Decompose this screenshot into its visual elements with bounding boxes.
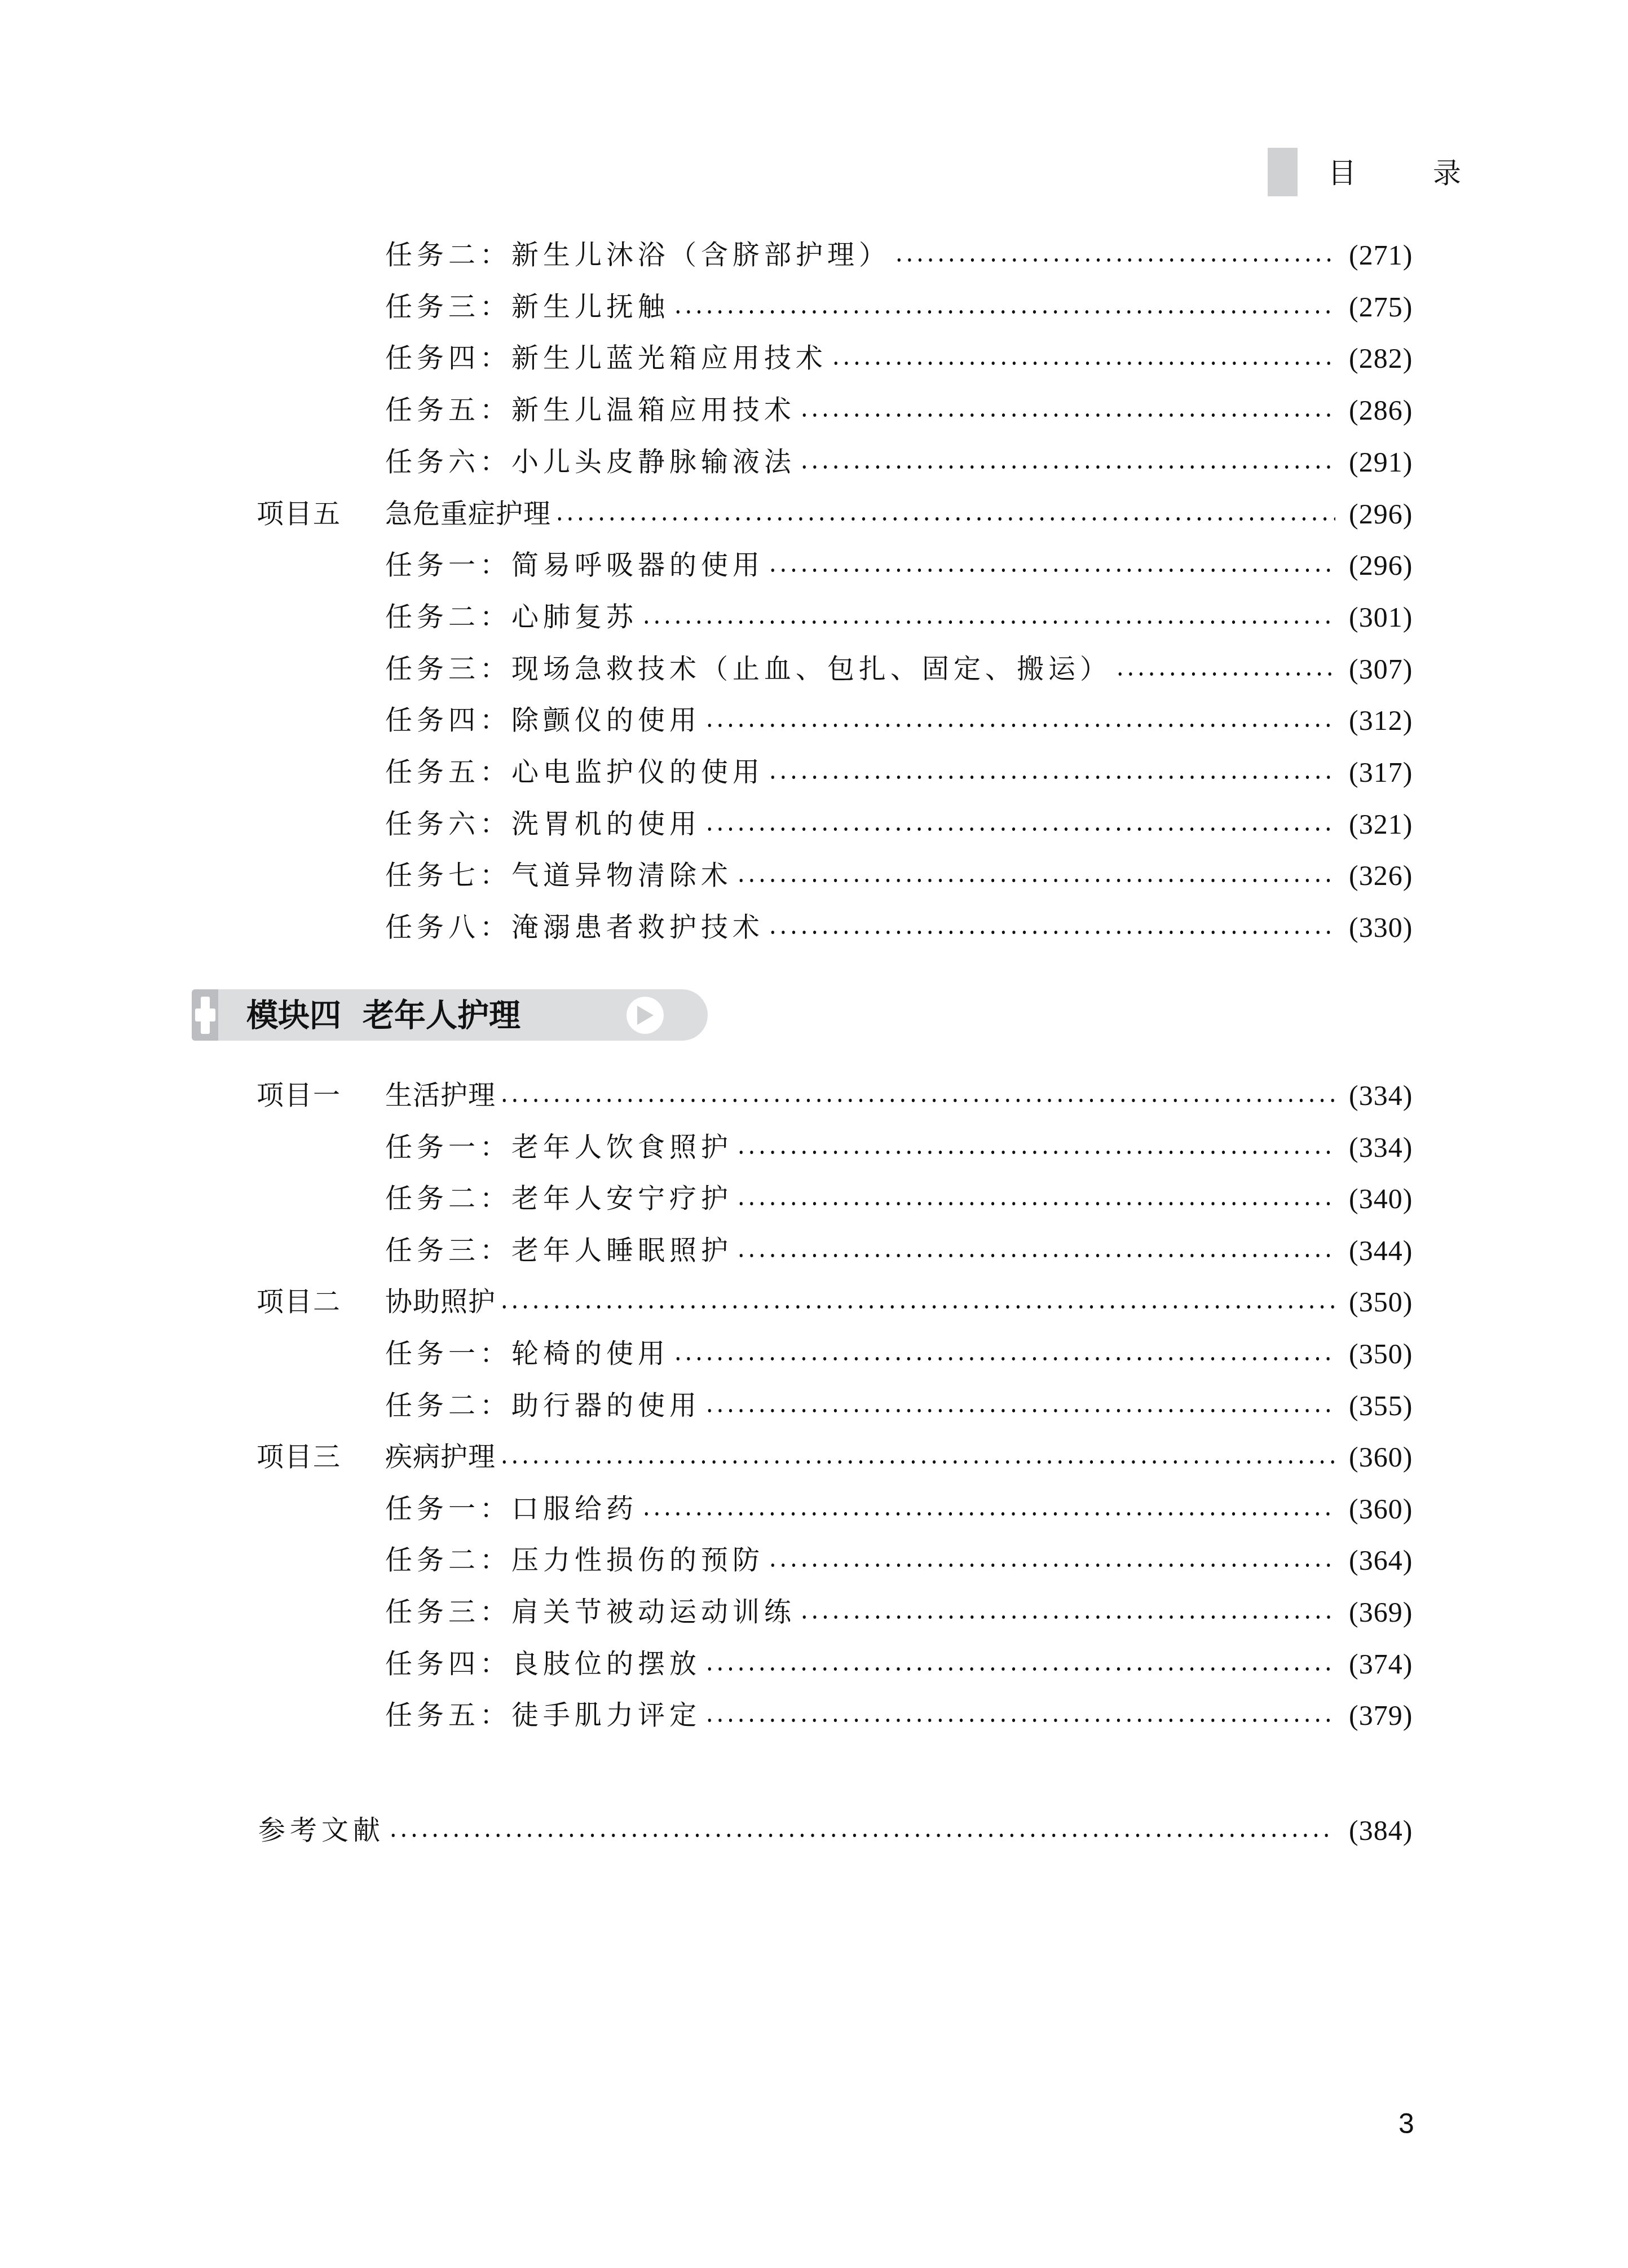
medical-cross-icon [192,989,218,1041]
toc-entry-title: 协助照护 [385,1282,497,1322]
toc-entry-page: (312) [1349,701,1433,740]
toc-entry-title: 生活护理 [385,1076,497,1115]
toc-entry-title: 任务三：现场急救技术（止血、包扎、固定、搬运） [385,649,1113,689]
toc-entry-page: (374) [1349,1644,1433,1684]
toc-entry-title: 任务一：口服给药 [385,1489,639,1529]
toc-entry-page: (340) [1349,1179,1433,1218]
toc-entry-title: 任务四：除颤仪的使用 [385,701,702,740]
project-number: 项目一 [257,1076,341,1115]
dot-leader [704,1719,1335,1722]
toc-entry-page: (296) [1349,545,1433,585]
toc-entry-title: 任务二：助行器的使用 [385,1386,702,1425]
toc-entry-page: (321) [1349,804,1433,844]
toc-entry-title: 任务三：肩关节被动运动训练 [385,1592,797,1632]
module-title: 模块四老年人护理 [246,994,520,1037]
dot-leader [894,258,1335,262]
module-banner: 模块四老年人护理 [192,989,708,1041]
toc-entry-page: (271) [1349,235,1433,275]
toc-entry-title: 任务一：老年人饮食照护 [385,1128,734,1167]
toc-entry-page: (344) [1349,1231,1433,1270]
dot-leader [673,1357,1335,1360]
project-number: 项目三 [257,1437,341,1477]
dot-leader [673,310,1335,314]
toc-entry-page: (301) [1349,597,1433,637]
toc-entry-page: (360) [1349,1489,1433,1529]
toc-entry-page: (350) [1349,1282,1433,1322]
toc-entry-title: 任务二：老年人安宁疗护 [385,1179,734,1218]
toc-entry-title: 疾病护理 [385,1437,497,1477]
project-number: 项目二 [257,1282,341,1322]
dot-leader [799,1615,1335,1619]
toc-entry-page: (364) [1349,1540,1433,1580]
dot-leader [736,879,1335,882]
toc-entry-title: 任务一：轮椅的使用 [385,1334,670,1373]
toc-entry-page: (317) [1349,752,1433,792]
toc-entry-page: (384) [1349,1811,1433,1850]
toc-entry-page: (291) [1349,442,1433,482]
toc-entry-title: 任务八：淹溺患者救护技术 [385,908,765,947]
play-triangle-icon [637,1006,654,1025]
toc-entry-title: 任务五：心电监护仪的使用 [385,752,765,792]
module-name: 老年人护理 [363,997,520,1034]
page-number: 3 [1398,2107,1414,2141]
toc-entry-page: (379) [1349,1696,1433,1735]
toc-entry-title: 任务七：气道异物清除术 [385,856,734,895]
toc-entry-page: (286) [1349,390,1433,430]
toc-entry-page: (307) [1349,649,1433,689]
dot-leader [388,1834,1335,1837]
toc-entry-title: 任务二：心肺复苏 [385,597,639,637]
toc-entry-title: 任务六：洗胃机的使用 [385,804,702,844]
module-number: 模块四 [246,997,341,1034]
section-title: 目 录 [1328,153,1495,193]
toc-entry-title: 任务四：新生儿蓝光箱应用技术 [385,338,828,378]
dot-leader [499,1099,1335,1102]
toc-entry-page: (360) [1349,1437,1433,1477]
dot-leader [1115,672,1335,676]
toc-entry-page: (350) [1349,1334,1433,1373]
toc-entry-title: 任务二：压力性损伤的预防 [385,1540,765,1580]
dot-leader [641,1512,1335,1516]
dot-leader [831,362,1335,365]
dot-leader [736,1151,1335,1154]
toc-entry-page: (275) [1349,287,1433,327]
toc-entry-title: 任务三：新生儿抚触 [385,287,670,327]
toc-entry-title: 任务二：新生儿沐浴（含脐部护理） [385,235,892,275]
toc-entry-page: (369) [1349,1592,1433,1632]
toc-entry-page: (334) [1349,1128,1433,1167]
dot-leader [704,827,1335,831]
dot-leader [767,569,1335,572]
dot-leader [767,1564,1335,1567]
dot-leader [554,517,1335,521]
toc-entry-page: (296) [1349,494,1433,534]
toc-entry-title: 任务四：良肢位的摆放 [385,1644,702,1684]
dot-leader [499,1305,1335,1309]
dot-leader [767,776,1335,779]
toc-entry-title: 任务一：简易呼吸器的使用 [385,545,765,585]
toc-entry-page: (326) [1349,856,1433,895]
dot-leader [799,465,1335,469]
toc-entry-title: 参考文献 [258,1811,386,1850]
dot-leader [704,1409,1335,1412]
dot-leader [799,413,1335,417]
dot-leader [499,1460,1335,1464]
toc-entry-page: (334) [1349,1076,1433,1115]
dot-leader [704,1667,1335,1671]
project-number: 项目五 [257,494,341,534]
toc-entry-title: 任务五：新生儿温箱应用技术 [385,390,797,430]
dot-leader [767,931,1335,934]
toc-entry-page: (355) [1349,1386,1433,1425]
dot-leader [736,1254,1335,1257]
toc-entry-page: (330) [1349,908,1433,947]
dot-leader [641,620,1335,624]
toc-entry-title: 急危重症护理 [385,494,552,534]
dot-leader [704,724,1335,727]
toc-entry-title: 任务三：老年人睡眠照护 [385,1231,734,1270]
toc-entry-title: 任务五：徒手肌力评定 [385,1696,702,1735]
toc-entry-page: (282) [1349,338,1433,378]
dot-leader [736,1202,1335,1205]
header-marker-block [1268,148,1298,196]
toc-entry-title: 任务六：小儿头皮静脉输液法 [385,442,797,482]
